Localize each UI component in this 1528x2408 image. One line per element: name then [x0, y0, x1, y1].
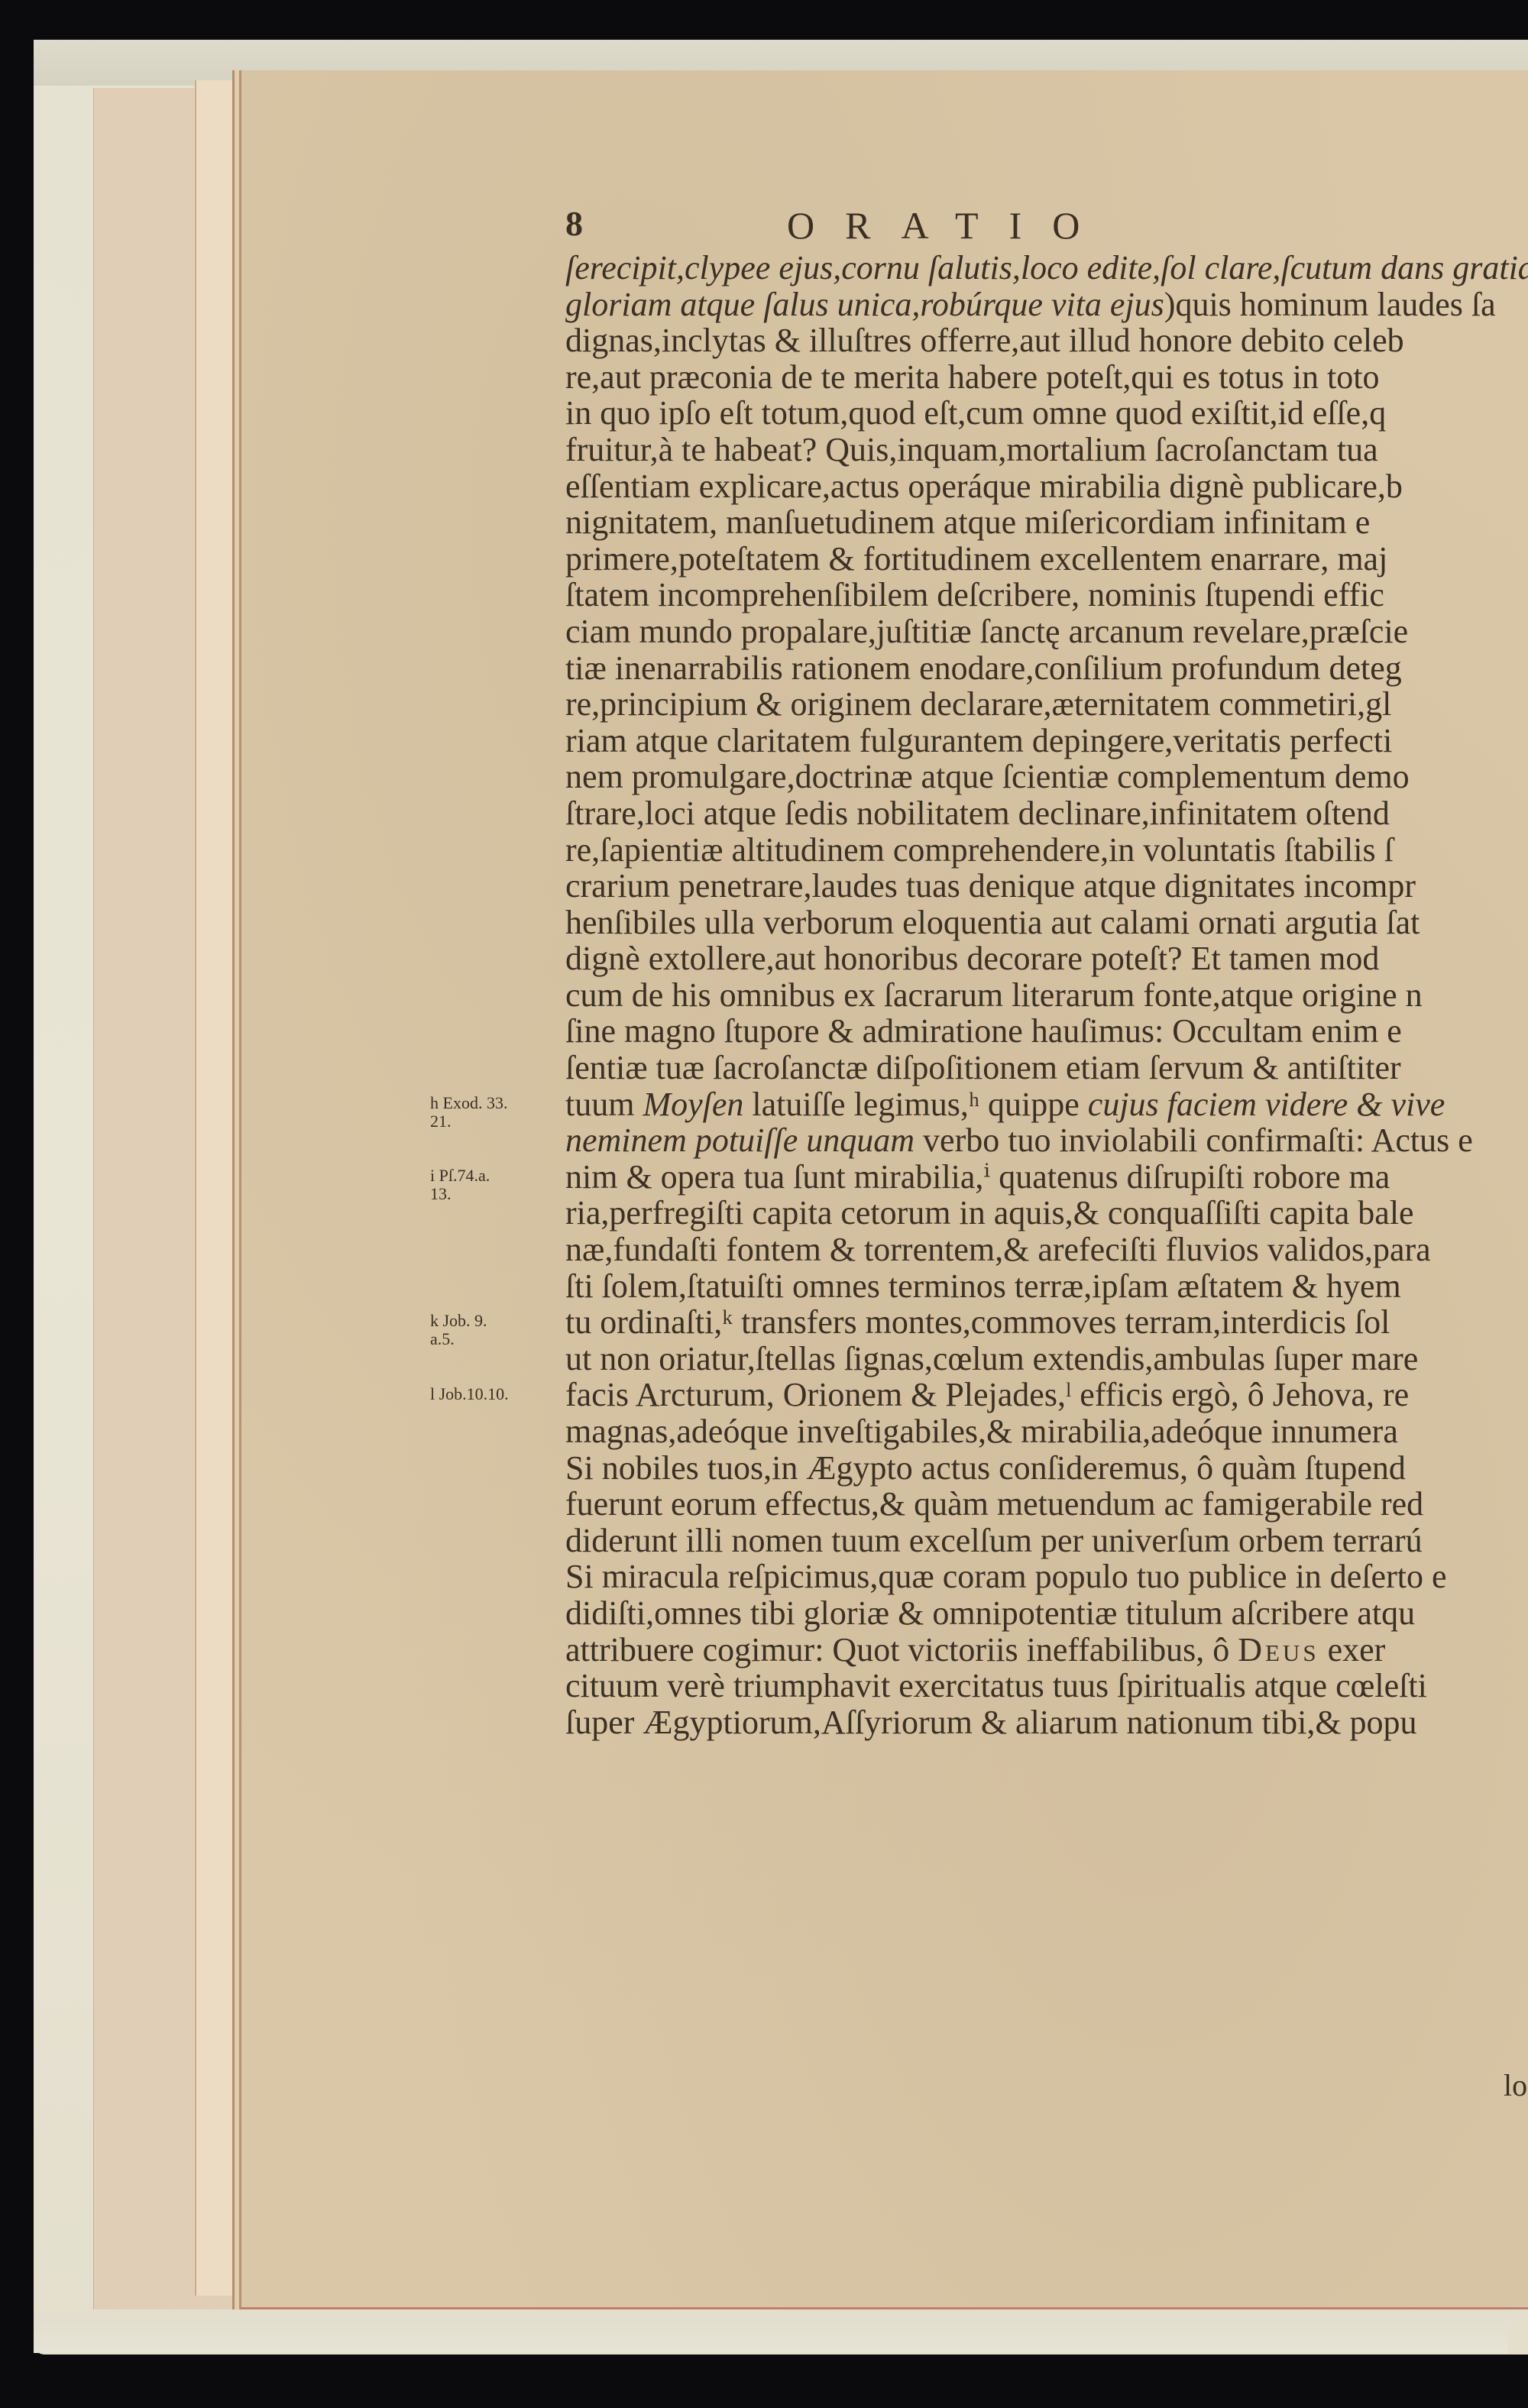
text-line: ut non oriatur,ſtellas ſignas,cœlum exte… — [565, 1341, 1528, 1377]
text-segment: ciam mundo propalare,juſtitiæ ſanctę arc… — [565, 613, 1408, 650]
text-line: fruitur,à te habeat? Quis,inquam,mortali… — [565, 432, 1528, 468]
text-segment: ria,perfregiſti capita cetorum in aquis,… — [565, 1194, 1414, 1232]
text-segment: næ,fundaſti fontem & torrentem,& arefeci… — [565, 1231, 1431, 1268]
text-segment: re,principium & originem declarare,ætern… — [565, 685, 1391, 723]
text-segment: re,aut præconia de te merita habere pote… — [565, 358, 1379, 396]
text-line: re,aut præconia de te merita habere pote… — [565, 359, 1528, 396]
text-segment: tu ordinaſti,ᵏ transfers montes,commoves… — [565, 1303, 1390, 1341]
text-segment: attribuere cogimur: Quot victoriis ineff… — [565, 1631, 1238, 1668]
text-segment: ſerecipit,clypee ejus,cornu ſalutis,loco… — [565, 249, 1528, 286]
text-segment: nem promulgare,doctrinæ atque ſcientiæ c… — [565, 758, 1410, 795]
text-segment: crarium penetrare,laudes tuas denique at… — [565, 867, 1416, 905]
text-segment: cum de his omnibus ex ſacrarum literarum… — [565, 976, 1423, 1014]
text-line: henſibiles ulla verborum eloquentia aut … — [565, 905, 1528, 941]
text-line: neminem potuiſſe unquam verbo tuo inviol… — [565, 1122, 1528, 1159]
text-segment: cujus faciem videre & vive — [1088, 1086, 1445, 1123]
text-segment: )quis hominum laudes ſa — [1164, 286, 1496, 323]
margin-note-ref: h Exod. 33. — [430, 1094, 507, 1112]
text-segment: Si nobiles tuos,in Ægypto actus conſider… — [565, 1449, 1406, 1487]
text-segment: cituum verè triumphavit exercitatus tuus… — [565, 1667, 1427, 1704]
margin-note: k Job. 9.a.5. — [430, 1312, 487, 1348]
text-segment: nignitatem, manſuetudinem atque miſerico… — [565, 503, 1370, 541]
text-line: ſtrare,loci atque ſedis nobilitatem decl… — [565, 795, 1528, 832]
text-line: riam atque claritatem fulgurantem deping… — [565, 723, 1528, 759]
text-segment: eſſentiam explicare,actus operáque mirab… — [565, 468, 1403, 505]
text-segment: ſtatem incomprehenſibilem deſcribere, no… — [565, 576, 1384, 613]
text-line: crarium penetrare,laudes tuas denique at… — [565, 868, 1528, 905]
text-line: didiſti,omnes tibi gloriæ & omnipotentiæ… — [565, 1595, 1528, 1632]
text-segment: facis Arcturum, Orionem & Plejades,ˡ eff… — [565, 1376, 1409, 1413]
text-line: dignè extollere,aut honoribus decorare p… — [565, 940, 1528, 977]
text-line: primere,poteſtatem & fortitudinem excell… — [565, 541, 1528, 578]
running-title: ORATIO — [787, 203, 1110, 248]
text-line: Si miracula reſpicimus,quæ coram populo … — [565, 1558, 1528, 1595]
text-line: ſuper Ægyptiorum,Aſſyriorum & aliarum na… — [565, 1704, 1528, 1741]
text-line: ſine magno ſtupore & admiratione hauſimu… — [565, 1013, 1528, 1050]
text-line: dignas,inclytas & illuſtres offerre,aut … — [565, 322, 1528, 359]
text-line: ciam mundo propalare,juſtitiæ ſanctę arc… — [565, 613, 1528, 650]
margin-note-cont: a.5. — [430, 1330, 487, 1348]
text-segment: ſtrare,loci atque ſedis nobilitatem decl… — [565, 795, 1390, 832]
text-segment: dignas,inclytas & illuſtres offerre,aut … — [565, 322, 1404, 359]
margin-note-cont: 21. — [430, 1112, 507, 1131]
binding-fold-bottom — [34, 2315, 1508, 2353]
text-segment: Deus — [1238, 1631, 1319, 1668]
text-segment: riam atque claritatem fulgurantem deping… — [565, 722, 1392, 759]
text-segment: verbo tuo inviolabili confirmaſti: Actus… — [915, 1121, 1473, 1159]
body-text: ſerecipit,clypee ejus,cornu ſalutis,loco… — [565, 250, 1528, 1740]
text-segment: didiſti,omnes tibi gloriæ & omnipotentiæ… — [565, 1594, 1415, 1632]
margin-note-ref: l Job.10.10. — [430, 1385, 509, 1403]
text-line: magnas,adeóque inveſtigabiles,& mirabili… — [565, 1413, 1528, 1450]
text-segment: exer — [1319, 1631, 1386, 1668]
text-segment: ſine magno ſtupore & admiratione hauſimu… — [565, 1012, 1402, 1050]
text-line: tuum Moyſen latuiſſe legimus,ʰ quippe cu… — [565, 1086, 1528, 1123]
text-line: tu ordinaſti,ᵏ transfers montes,commoves… — [565, 1304, 1528, 1341]
text-segment: dignè extollere,aut honoribus decorare p… — [565, 940, 1379, 977]
text-segment: henſibiles ulla verborum eloquentia aut … — [565, 904, 1420, 941]
page-header: 8 ORATIO — [565, 203, 1528, 249]
endsheet-strip — [195, 80, 244, 2296]
text-line: facis Arcturum, Orionem & Plejades,ˡ eff… — [565, 1377, 1528, 1413]
text-line: fuerunt eorum effectus,& quàm metuendum … — [565, 1486, 1528, 1523]
text-segment: fruitur,à te habeat? Quis,inquam,mortali… — [565, 431, 1378, 468]
page-number: 8 — [565, 203, 583, 244]
text-line: in quo ipſo eſt totum,quod eſt,cum omne … — [565, 395, 1528, 432]
text-segment: fuerunt eorum effectus,& quàm metuendum … — [565, 1485, 1423, 1523]
text-segment: gloriam atque ſalus unica,robúrque vita … — [565, 286, 1164, 323]
text-line: attribuere cogimur: Quot victoriis ineff… — [565, 1632, 1528, 1668]
text-line: ria,perfregiſti capita cetorum in aquis,… — [565, 1195, 1528, 1232]
text-line: ſti ſolem,ſtatuiſti omnes terminos terræ… — [565, 1268, 1528, 1305]
text-segment: diderunt illi nomen tuum excelſum per un… — [565, 1522, 1423, 1559]
text-segment: ut non oriatur,ſtellas ſignas,cœlum exte… — [565, 1340, 1418, 1377]
text-line: re,ſapientiæ altitudinem comprehendere,i… — [565, 832, 1528, 869]
text-line: Si nobiles tuos,in Ægypto actus conſider… — [565, 1450, 1528, 1487]
text-segment: ſti ſolem,ſtatuiſti omnes terminos terræ… — [565, 1267, 1401, 1305]
text-segment: ſentiæ tuæ ſacroſanctæ diſpoſitionem eti… — [565, 1049, 1401, 1086]
text-line: re,principium & originem declarare,ætern… — [565, 686, 1528, 723]
text-line: ſerecipit,clypee ejus,cornu ſalutis,loco… — [565, 250, 1528, 286]
text-segment: magnas,adeóque inveſtigabiles,& mirabili… — [565, 1413, 1398, 1450]
text-segment: primere,poteſtatem & fortitudinem excell… — [565, 540, 1387, 578]
text-segment: in quo ipſo eſt totum,quod eſt,cum omne … — [565, 394, 1386, 432]
text-line: ſentiæ tuæ ſacroſanctæ diſpoſitionem eti… — [565, 1050, 1528, 1086]
text-line: nem promulgare,doctrinæ atque ſcientiæ c… — [565, 759, 1528, 795]
text-segment: nim & opera tua ſunt mirabilia,ⁱ quatenu… — [565, 1158, 1390, 1196]
text-line: nignitatem, manſuetudinem atque miſerico… — [565, 504, 1528, 541]
margin-note: l Job.10.10. — [430, 1385, 509, 1403]
text-segment: latuiſſe legimus,ʰ quippe — [743, 1086, 1087, 1123]
text-segment: re,ſapientiæ altitudinem comprehendere,i… — [565, 831, 1394, 869]
text-segment: ſuper Ægyptiorum,Aſſyriorum & aliarum na… — [565, 1704, 1417, 1741]
margin-note-cont: 13. — [430, 1185, 490, 1203]
text-line: cum de his omnibus ex ſacrarum literarum… — [565, 977, 1528, 1014]
text-segment: Si miracula reſpicimus,quæ coram populo … — [565, 1558, 1447, 1595]
text-line: tiæ inenarrabilis rationem enodare,conſi… — [565, 650, 1528, 687]
text-line: cituum verè triumphavit exercitatus tuus… — [565, 1668, 1528, 1704]
catchword: lo — [1504, 2067, 1527, 2103]
text-line: eſſentiam explicare,actus operáque mirab… — [565, 468, 1528, 505]
text-line: næ,fundaſti fontem & torrentem,& arefeci… — [565, 1232, 1528, 1268]
margin-note: i Pſ.74.a.13. — [430, 1167, 490, 1203]
margin-note-ref: k Job. 9. — [430, 1312, 487, 1330]
text-segment: tuum — [565, 1086, 643, 1123]
text-segment: tiæ inenarrabilis rationem enodare,conſi… — [565, 649, 1402, 687]
text-line: gloriam atque ſalus unica,robúrque vita … — [565, 286, 1528, 323]
margin-note-ref: i Pſ.74.a. — [430, 1167, 490, 1185]
text-line: ſtatem incomprehenſibilem deſcribere, no… — [565, 577, 1528, 613]
text-line: nim & opera tua ſunt mirabilia,ⁱ quatenu… — [565, 1159, 1528, 1196]
text-segment: Moyſen — [643, 1086, 743, 1123]
text-segment: neminem potuiſſe unquam — [565, 1121, 915, 1159]
margin-note: h Exod. 33.21. — [430, 1094, 507, 1131]
text-line: diderunt illi nomen tuum excelſum per un… — [565, 1523, 1528, 1559]
